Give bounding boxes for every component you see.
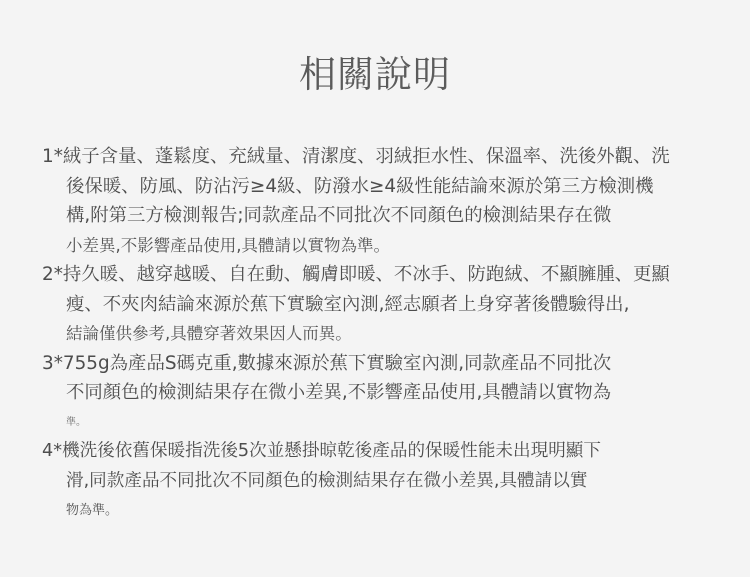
note-item-1: 1*絨子含量、蓬鬆度、充絨量、清潔度、羽絨拒水性、保溫率、洗後外觀、洗 後保暖、… <box>42 142 722 260</box>
note-line: 後保暖、防風、防沾污≥4級、防潑水≥4級性能結論來源於第三方檢測機 <box>42 172 722 202</box>
page-title: 相關說明 <box>0 52 750 98</box>
note-line: 小差異,不影響產品使用,具體請以實物為準。 <box>42 231 722 261</box>
note-line: 準。 <box>42 408 722 438</box>
note-line: 物為準。 <box>42 496 722 526</box>
note-line: 構,附第三方檢測報告;同款產品不同批次不同顏色的檢測結果存在微 <box>42 201 722 231</box>
note-item-3: 3*755g為產品S碼克重,數據來源於蕉下實驗室內測,同款產品不同批次 不同顏色… <box>42 349 722 438</box>
note-line: 1*絨子含量、蓬鬆度、充絨量、清潔度、羽絨拒水性、保溫率、洗後外觀、洗 <box>42 142 722 172</box>
note-line: 2*持久暖、越穿越暖、自在動、觸膚即暖、不冰手、防跑絨、不顯臃腫、更顯 <box>42 260 722 290</box>
note-item-2: 2*持久暖、越穿越暖、自在動、觸膚即暖、不冰手、防跑絨、不顯臃腫、更顯 瘦、不夾… <box>42 260 722 349</box>
notes-list: 1*絨子含量、蓬鬆度、充絨量、清潔度、羽絨拒水性、保溫率、洗後外觀、洗 後保暖、… <box>42 142 722 526</box>
product-notes-page: 相關說明 1*絨子含量、蓬鬆度、充絨量、清潔度、羽絨拒水性、保溫率、洗後外觀、洗… <box>0 0 750 577</box>
note-line: 結論僅供參考,具體穿著效果因人而異。 <box>42 319 722 349</box>
note-line: 滑,同款產品不同批次不同顏色的檢測結果存在微小差異,具體請以實 <box>42 467 722 497</box>
note-line: 3*755g為產品S碼克重,數據來源於蕉下實驗室內測,同款產品不同批次 <box>42 349 722 379</box>
note-line: 瘦、不夾肉結論來源於蕉下實驗室內測,經志願者上身穿著後體驗得出, <box>42 290 722 320</box>
note-line: 4*機洗後依舊保暖指洗後5次並懸掛晾乾後產品的保暖性能未出現明顯下 <box>42 437 722 467</box>
note-item-4: 4*機洗後依舊保暖指洗後5次並懸掛晾乾後產品的保暖性能未出現明顯下 滑,同款產品… <box>42 437 722 526</box>
note-line: 不同顏色的檢測結果存在微小差異,不影響產品使用,具體請以實物為 <box>42 378 722 408</box>
